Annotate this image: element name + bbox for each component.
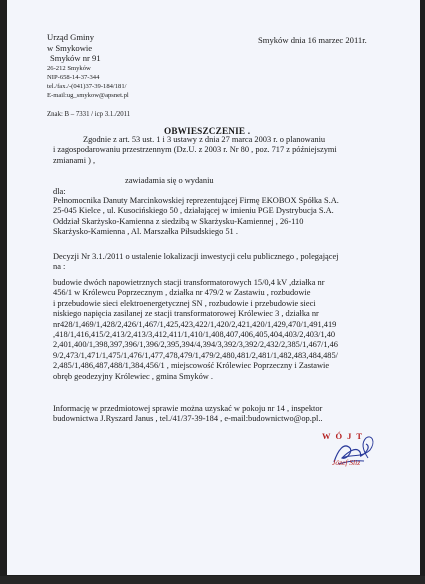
scope-line: niskiego napięcia zasilanej ze stacji tr… [53, 309, 423, 319]
sender-letterhead: Urząd Gminy w Smykowie Smyków nr 91 26-2… [47, 32, 129, 100]
info-line: budownictwa J.Ryszard Janus , tel./41/37… [53, 414, 423, 424]
applicant-line: Skarżysko-Kamienna , Al. Marszałka Piłsu… [53, 227, 423, 237]
sender-address: Smyków nr 91 [47, 53, 129, 64]
decision-paragraph: Decyzji Nr 3.1./2011 o ustalenie lokaliz… [53, 252, 423, 273]
document-page: Urząd Gminy w Smykowie Smyków nr 91 26-2… [7, 0, 420, 575]
scope-line: nr428/1,469/1,428/2,426/1,467/1,425,423,… [53, 320, 423, 330]
sender-phone: tel./fax./-(041)37-39-184/181/ [47, 82, 129, 91]
scope-line: 2,401,400/1,398,397,396/1,396/2,395,394/… [53, 340, 423, 350]
sender-postal: 26-212 Smyków [47, 64, 129, 73]
applicant-line: Oddział Skarżysko-Kamienna z siedzibą w … [53, 217, 423, 227]
stamp-name: Józef Sliz [332, 458, 360, 467]
signature-icon [320, 428, 410, 478]
decision-line: Decyzji Nr 3.1./2011 o ustalenie lokaliz… [53, 252, 423, 262]
applicant-paragraph: Pełnomocnika Danuty Marcinkowskiej repre… [53, 196, 423, 238]
info-line: Informację w przedmiotowej sprawie można… [53, 404, 423, 414]
scanned-document-frame: Urząd Gminy w Smykowie Smyków nr 91 26-2… [0, 0, 425, 584]
legal-basis-line: i zagospodarowaniu przestrzennym (Dz.U. … [53, 145, 423, 155]
applicant-line: 25-045 Kielce , ul. Kusocińskiego 50 , d… [53, 206, 423, 216]
document-date: Smyków dnia 16 marzec 2011r. [258, 35, 367, 45]
applicant-line: Pełnomocnika Danuty Marcinkowskiej repre… [53, 196, 423, 206]
investment-scope-paragraph: budowie dwóch napowietrznych stacji tran… [53, 278, 423, 382]
contact-info-paragraph: Informację w przedmiotowej sprawie można… [53, 404, 423, 425]
official-stamp: WÓJT Józef Sliz [320, 428, 410, 478]
legal-basis-paragraph: Zgodnie z art. 53 ust. 1 i 3 ustawy z dn… [53, 135, 423, 166]
scope-line: obręb geodezyjny Królewiec , gmina Smykó… [53, 372, 423, 382]
notification-line: zawiadamia się o wydaniu [125, 176, 425, 186]
scope-line: 2,485/1,486,487,488/1,384,456/1 , miejsc… [53, 361, 423, 371]
legal-basis-line: Zgodnie z art. 53 ust. 1 i 3 ustawy z dn… [53, 135, 423, 145]
sender-location: w Smykowie [47, 43, 129, 54]
scope-line: ,418/1,416,415/2,413/2,413/3,412,411/1,4… [53, 330, 423, 340]
scope-line: 456/1 w Królewcu Poprzecznym , działka n… [53, 288, 423, 298]
legal-basis-line: zmianami ) , [53, 156, 423, 166]
scan-bottom-edge [0, 576, 425, 584]
sender-office: Urząd Gminy [47, 32, 129, 43]
reference-number: Znak: B – 7331 / icp 3.1./2011 [47, 111, 130, 118]
scope-line: 9/2,473/1,471/1,475/1,476/1,477,478,479/… [53, 351, 423, 361]
decision-line: na : [53, 262, 423, 272]
scope-line: budowie dwóch napowietrznych stacji tran… [53, 278, 423, 288]
sender-nip: NIP-658-14-37-344 [47, 73, 129, 82]
scope-line: i przebudowie sieci elektroenergetycznej… [53, 299, 423, 309]
sender-email: E-mail:ug_smykow@apsnet.pl [47, 91, 129, 100]
